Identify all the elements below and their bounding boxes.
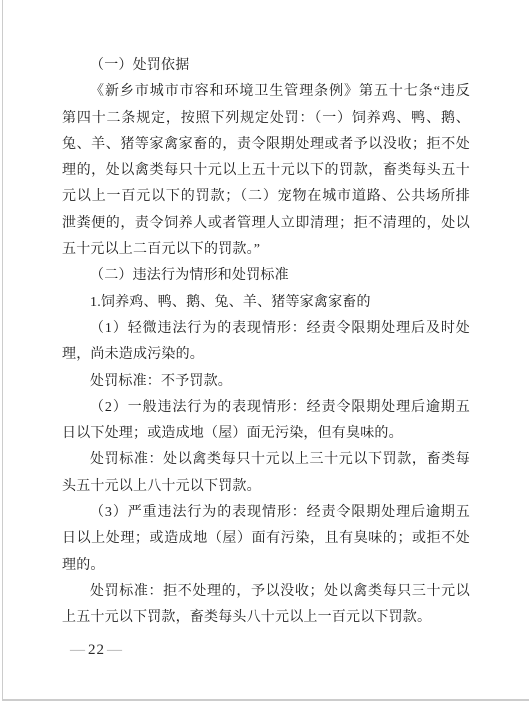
page-number: —22—: [70, 640, 123, 660]
paragraph: 处罚标准：拒不处理的，予以没收；处以禽类每只三十元以上五十元以下罚款，畜类每头八…: [62, 579, 470, 632]
text-line: 五十元以上二百元以下的罚款。”: [62, 237, 470, 263]
text-line: （2）一般违法行为的表现情形：经责令限期处理后逾期五: [62, 395, 470, 421]
text-line: 第四十二条规定，按照下列规定处罚：（一）饲养鸡、鸭、鹅、: [62, 106, 470, 132]
text-line: 理，尚未造成污染的。: [62, 342, 470, 368]
text-line: （二）违法行为情形和处罚标准: [62, 263, 470, 289]
page-edge-left: [2, 0, 3, 701]
text-line: 《新乡市城市市容和环境卫生管理条例》第五十七条“违反: [62, 79, 470, 105]
paragraph: （1）轻微违法行为的表现情形：经责令限期处理后及时处理，尚未造成污染的。: [62, 316, 470, 369]
text-line: 1.饲养鸡、鸭、鹅、兔、羊、猪等家禽家畜的: [62, 290, 470, 316]
paragraph: （一）处罚依据: [62, 53, 470, 79]
text-line: 日以上处理；或造成地（屋）面有污染，且有臭味的；或拒不处: [62, 526, 470, 552]
text-line: 理的，处以禽类每只十元以上五十元以下的罚款，畜类每头五十: [62, 158, 470, 184]
document-body: （一）处罚依据《新乡市城市市容和环境卫生管理条例》第五十七条“违反第四十二条规定…: [62, 53, 470, 632]
text-line: 元以上一百元以下的罚款；（二）宠物在城市道路、公共场所排: [62, 184, 470, 210]
paragraph: （二）违法行为情形和处罚标准: [62, 263, 470, 289]
text-line: 泄粪便的，责令饲养人或者管理人立即清理；拒不清理的，处以: [62, 211, 470, 237]
text-line: 兔、羊、猪等家禽家畜的，责令限期处理或者予以没收；拒不处: [62, 132, 470, 158]
text-line: 日以下处理；或造成地（屋）面无污染，但有臭味的。: [62, 421, 470, 447]
paragraph: 处罚标准：不予罚款。: [62, 369, 470, 395]
text-line: （3）严重违法行为的表现情形：经责令限期处理后逾期五: [62, 500, 470, 526]
text-line: 头五十元以上八十元以下罚款。: [62, 474, 470, 500]
paragraph: 处罚标准：处以禽类每只十元以上三十元以下罚款，畜类每头五十元以上八十元以下罚款。: [62, 447, 470, 500]
paragraph: 《新乡市城市市容和环境卫生管理条例》第五十七条“违反第四十二条规定，按照下列规定…: [62, 79, 470, 263]
page-number-dash-right: —: [107, 642, 123, 658]
paragraph: （3）严重违法行为的表现情形：经责令限期处理后逾期五日以上处理；或造成地（屋）面…: [62, 500, 470, 579]
text-line: （1）轻微违法行为的表现情形：经责令限期处理后及时处: [62, 316, 470, 342]
text-line: 处罚标准：拒不处理的，予以没收；处以禽类每只三十元以: [62, 579, 470, 605]
paragraph: （2）一般违法行为的表现情形：经责令限期处理后逾期五日以下处理；或造成地（屋）面…: [62, 395, 470, 448]
page-number-value: 22: [86, 642, 107, 658]
text-line: 上五十元以下罚款，畜类每头八十元以上一百元以下罚款。: [62, 605, 470, 631]
text-line: 处罚标准：不予罚款。: [62, 369, 470, 395]
document-page: （一）处罚依据《新乡市城市市容和环境卫生管理条例》第五十七条“违反第四十二条规定…: [0, 0, 529, 704]
page-number-dash-left: —: [70, 642, 86, 658]
text-line: （一）处罚依据: [62, 53, 470, 79]
paragraph: 1.饲养鸡、鸭、鹅、兔、羊、猪等家禽家畜的: [62, 290, 470, 316]
page-edge-bottom: [2, 699, 529, 701]
text-line: 处罚标准：处以禽类每只十元以上三十元以下罚款，畜类每: [62, 447, 470, 473]
text-line: 理的。: [62, 553, 470, 579]
